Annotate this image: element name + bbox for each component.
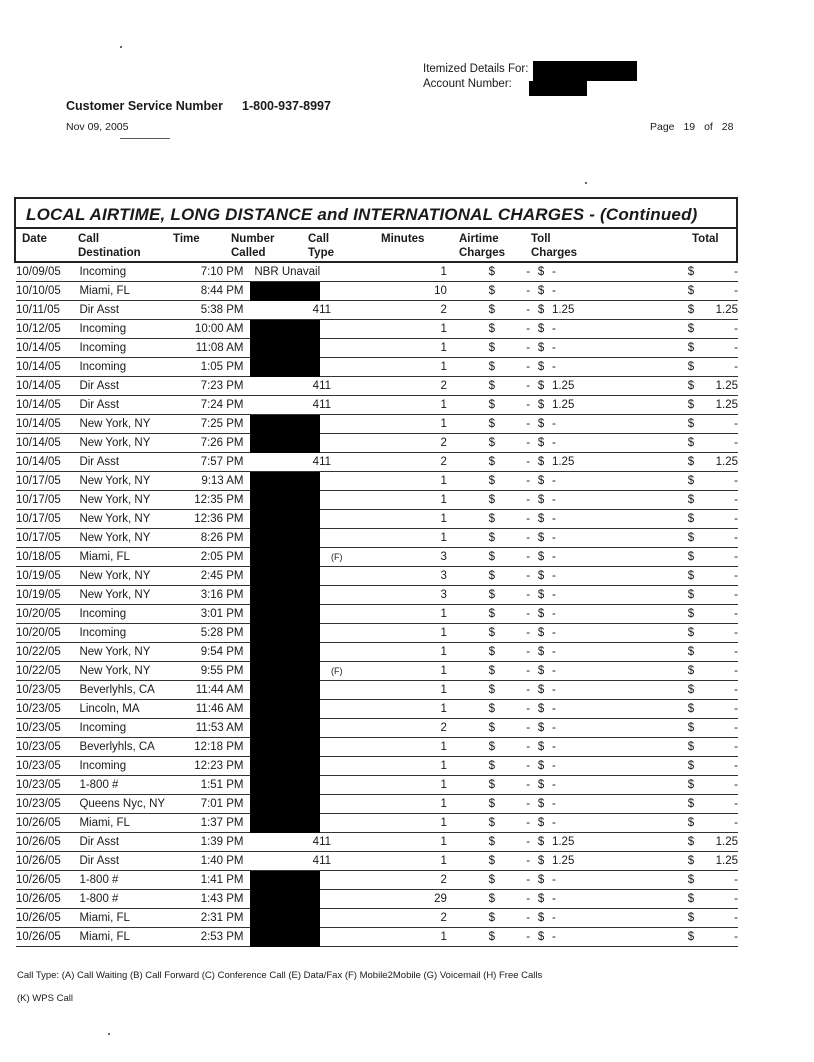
airtime-charges: - [495,396,530,415]
call-type [331,624,386,643]
currency-symbol: $ [530,491,552,510]
minutes: 2 [386,434,447,453]
toll-charges: - [552,890,661,909]
call-time: 7:23 PM [176,377,244,396]
number-called [244,472,332,491]
number-called [244,434,332,453]
table-row: 10/23/05Queens Nyc, NY7:01 PM1$-$-$- [16,795,738,814]
call-destination: Dir Asst [79,833,175,852]
number-called [244,567,332,586]
airtime-charges: - [495,434,530,453]
call-time: 1:39 PM [176,833,244,852]
col-call-destination: CallDestination [78,232,141,260]
minutes: 1 [386,928,447,947]
col-airtime-charges: AirtimeCharges [459,232,505,260]
table-row: 10/26/05Miami, FL2:31 PM2$-$-$- [16,909,738,928]
currency-symbol: $ [661,890,694,909]
toll-charges: - [552,662,661,681]
call-type [331,643,386,662]
total-charges: - [694,700,738,719]
minutes: 10 [386,282,447,301]
number-called [244,928,332,947]
total-charges: - [694,909,738,928]
currency-symbol: $ [661,662,694,681]
currency-symbol: $ [661,814,694,833]
toll-charges: - [552,928,661,947]
currency-symbol: $ [530,358,552,377]
currency-symbol: $ [447,567,495,586]
call-destination: Miami, FL [79,909,175,928]
call-date: 10/20/05 [16,605,79,624]
call-destination: Incoming [79,605,175,624]
call-destination: Dir Asst [79,453,175,472]
currency-symbol: $ [447,871,495,890]
table-row: 10/19/05New York, NY3:16 PM3$-$-$- [16,586,738,605]
call-type [331,491,386,510]
call-type [331,320,386,339]
call-time: 12:18 PM [176,738,244,757]
currency-symbol: $ [661,472,694,491]
call-time: 9:54 PM [176,643,244,662]
table-row: 10/23/05Incoming12:23 PM1$-$-$- [16,757,738,776]
call-time: 2:05 PM [176,548,244,567]
section-title: LOCAL AIRTIME, LONG DISTANCE and INTERNA… [26,205,698,225]
currency-symbol: $ [530,643,552,662]
call-time: 12:23 PM [176,757,244,776]
currency-symbol: $ [530,472,552,491]
currency-symbol: $ [530,681,552,700]
currency-symbol: $ [530,814,552,833]
currency-symbol: $ [447,700,495,719]
minutes: 2 [386,301,447,320]
airtime-charges: - [495,377,530,396]
number-called: 411 [244,852,332,871]
call-date: 10/23/05 [16,757,79,776]
number-called [244,415,332,434]
toll-charges: - [552,738,661,757]
toll-charges: 1.25 [552,833,661,852]
minutes: 3 [386,586,447,605]
toll-charges: - [552,415,661,434]
call-type [331,871,386,890]
call-date: 10/17/05 [16,491,79,510]
airtime-charges: - [495,776,530,795]
call-type [331,415,386,434]
toll-charges: 1.25 [552,852,661,871]
call-date: 10/12/05 [16,320,79,339]
statement-date: Nov 09, 2005 [66,121,128,133]
redacted-number [250,548,320,567]
table-row: 10/14/05Dir Asst7:24 PM4111$-$1.25$1.25 [16,396,738,415]
airtime-charges: - [495,719,530,738]
total-charges: 1.25 [694,833,738,852]
call-type [331,795,386,814]
divider [16,227,736,229]
call-type-legend-continued: (K) WPS Call [17,993,73,1004]
currency-symbol: $ [530,567,552,586]
number-called [244,814,332,833]
table-row: 10/23/051-800 #1:51 PM1$-$-$- [16,776,738,795]
airtime-charges: - [495,795,530,814]
toll-charges: 1.25 [552,396,661,415]
currency-symbol: $ [447,282,495,301]
total-charges: 1.25 [694,301,738,320]
currency-symbol: $ [447,377,495,396]
minutes: 2 [386,909,447,928]
redacted-number [250,358,320,377]
currency-symbol: $ [530,377,552,396]
toll-charges: - [552,586,661,605]
number-called: 411 [244,396,332,415]
col-time: Time [173,232,200,246]
redacted-number [250,909,320,928]
currency-symbol: $ [661,643,694,662]
currency-symbol: $ [661,301,694,320]
call-date: 10/14/05 [16,339,79,358]
toll-charges: - [552,491,661,510]
call-time: 1:05 PM [176,358,244,377]
airtime-charges: - [495,510,530,529]
currency-symbol: $ [661,586,694,605]
col-total: Total [692,232,719,246]
currency-symbol: $ [661,795,694,814]
currency-symbol: $ [447,928,495,947]
minutes: 1 [386,757,447,776]
currency-symbol: $ [661,548,694,567]
currency-symbol: $ [447,415,495,434]
currency-symbol: $ [530,662,552,681]
minutes: 3 [386,567,447,586]
call-type [331,472,386,491]
call-type-legend: Call Type: (A) Call Waiting (B) Call For… [17,970,542,981]
call-type [331,339,386,358]
currency-symbol: $ [661,681,694,700]
customer-service-number: 1-800-937-8997 [242,99,331,113]
airtime-charges: - [495,700,530,719]
redacted-number [250,776,320,795]
redacted-number [250,320,320,339]
call-time: 11:08 AM [176,339,244,358]
currency-symbol: $ [530,529,552,548]
currency-symbol: $ [447,776,495,795]
table-row: 10/14/05Dir Asst7:23 PM4112$-$1.25$1.25 [16,377,738,396]
airtime-charges: - [495,909,530,928]
call-type [331,909,386,928]
call-destination: Dir Asst [79,852,175,871]
call-date: 10/11/05 [16,301,79,320]
currency-symbol: $ [447,643,495,662]
itemized-details: Itemized Details For: Account Number: [423,62,528,92]
number-called [244,909,332,928]
call-type [331,567,386,586]
number-called [244,339,332,358]
call-type [331,719,386,738]
call-time: 11:46 AM [176,700,244,719]
airtime-charges: - [495,928,530,947]
table-row: 10/26/05Dir Asst1:40 PM4111$-$1.25$1.25 [16,852,738,871]
total-charges: 1.25 [694,852,738,871]
scan-artifact [108,1033,110,1035]
currency-symbol: $ [530,434,552,453]
table-row: 10/17/05New York, NY8:26 PM1$-$-$- [16,529,738,548]
minutes: 2 [386,453,447,472]
minutes: 1 [386,662,447,681]
total-charges: - [694,529,738,548]
call-type [331,738,386,757]
call-type [331,833,386,852]
toll-charges: - [552,282,661,301]
currency-symbol: $ [447,890,495,909]
redacted-number [250,529,320,548]
total-charges: - [694,814,738,833]
call-time: 3:16 PM [176,586,244,605]
call-date: 10/26/05 [16,909,79,928]
call-date: 10/09/05 [16,263,79,282]
number-called [244,605,332,624]
airtime-charges: - [495,643,530,662]
table-row: 10/22/05New York, NY9:55 PM(F)1$-$-$- [16,662,738,681]
call-destination: Lincoln, MA [79,700,175,719]
total-charges: - [694,643,738,662]
currency-symbol: $ [530,928,552,947]
total-charges: - [694,928,738,947]
airtime-charges: - [495,833,530,852]
number-called [244,643,332,662]
call-time: 7:01 PM [176,795,244,814]
currency-symbol: $ [530,719,552,738]
currency-symbol: $ [661,434,694,453]
call-destination: New York, NY [79,662,175,681]
account-label: Account Number: [423,77,528,92]
minutes: 1 [386,776,447,795]
call-time: 1:41 PM [176,871,244,890]
currency-symbol: $ [530,700,552,719]
currency-symbol: $ [447,510,495,529]
currency-symbol: $ [447,909,495,928]
minutes: 1 [386,491,447,510]
number-called-text: NBR Unavail [244,266,332,278]
number-called: 411 [244,833,332,852]
airtime-charges: - [495,548,530,567]
toll-charges: - [552,472,661,491]
total-charges: - [694,776,738,795]
number-called [244,548,332,567]
call-destination: Beverlyhls, CA [79,681,175,700]
currency-symbol: $ [447,852,495,871]
airtime-charges: - [495,491,530,510]
redacted-number [250,586,320,605]
currency-symbol: $ [530,909,552,928]
currency-symbol: $ [530,624,552,643]
currency-symbol: $ [530,548,552,567]
airtime-charges: - [495,681,530,700]
call-time: 7:26 PM [176,434,244,453]
minutes: 3 [386,548,447,567]
call-type [331,852,386,871]
airtime-charges: - [495,472,530,491]
call-time: 7:57 PM [176,453,244,472]
minutes: 1 [386,320,447,339]
minutes: 1 [386,795,447,814]
redacted-number [250,567,320,586]
airtime-charges: - [495,757,530,776]
airtime-charges: - [495,871,530,890]
minutes: 2 [386,377,447,396]
currency-symbol: $ [661,776,694,795]
toll-charges: - [552,700,661,719]
number-called: NBR Unavail [244,263,332,282]
toll-charges: - [552,529,661,548]
call-destination: Queens Nyc, NY [79,795,175,814]
minutes: 1 [386,738,447,757]
call-date: 10/10/05 [16,282,79,301]
toll-charges: 1.25 [552,377,661,396]
table-row: 10/23/05Incoming11:53 AM2$-$-$- [16,719,738,738]
currency-symbol: $ [530,263,552,282]
number-called [244,776,332,795]
total-charges: - [694,282,738,301]
currency-symbol: $ [447,681,495,700]
airtime-charges: - [495,320,530,339]
redacted-number [250,890,320,909]
toll-charges: - [552,643,661,662]
toll-charges: - [552,263,661,282]
total-charges: - [694,719,738,738]
table-row: 10/26/051-800 #1:43 PM29$-$-$- [16,890,738,909]
currency-symbol: $ [447,301,495,320]
redacted-name [533,61,637,81]
airtime-charges: - [495,624,530,643]
toll-charges: - [552,510,661,529]
call-destination: Incoming [79,339,175,358]
currency-symbol: $ [447,491,495,510]
call-time: 11:53 AM [176,719,244,738]
redacted-number [250,681,320,700]
redacted-number [250,795,320,814]
currency-symbol: $ [661,377,694,396]
page-label: Page [650,121,675,133]
total-charges: - [694,567,738,586]
toll-charges: - [552,681,661,700]
minutes: 1 [386,263,447,282]
number-called [244,681,332,700]
currency-symbol: $ [661,339,694,358]
call-time: 5:28 PM [176,624,244,643]
currency-symbol: $ [447,358,495,377]
currency-symbol: $ [530,396,552,415]
currency-symbol: $ [530,605,552,624]
currency-symbol: $ [447,738,495,757]
currency-symbol: $ [530,510,552,529]
call-type [331,510,386,529]
airtime-charges: - [495,890,530,909]
number-called [244,358,332,377]
table-row: 10/23/05Lincoln, MA11:46 AM1$-$-$- [16,700,738,719]
total-charges: 1.25 [694,453,738,472]
call-time: 7:10 PM [176,263,244,282]
number-called [244,700,332,719]
minutes: 1 [386,396,447,415]
call-date: 10/14/05 [16,434,79,453]
call-date: 10/18/05 [16,548,79,567]
itemized-label: Itemized Details For: [423,62,528,77]
currency-symbol: $ [530,795,552,814]
currency-symbol: $ [661,909,694,928]
currency-symbol: $ [661,738,694,757]
redacted-number [250,282,320,301]
number-called [244,757,332,776]
table-row: 10/17/05New York, NY12:35 PM1$-$-$- [16,491,738,510]
call-type [331,586,386,605]
minutes: 1 [386,605,447,624]
call-destination: Beverlyhls, CA [79,738,175,757]
table-row: 10/19/05New York, NY2:45 PM3$-$-$- [16,567,738,586]
minutes: 1 [386,472,447,491]
airtime-charges: - [495,282,530,301]
currency-symbol: $ [447,757,495,776]
airtime-charges: - [495,301,530,320]
call-destination: Incoming [79,358,175,377]
table-row: 10/09/05Incoming7:10 PMNBR Unavail1$-$-$… [16,263,738,282]
total-charges: - [694,415,738,434]
call-time: 9:55 PM [176,662,244,681]
call-date: 10/26/05 [16,890,79,909]
redacted-number [250,928,320,947]
call-date: 10/23/05 [16,719,79,738]
call-type [331,358,386,377]
redacted-number [250,624,320,643]
currency-symbol: $ [530,852,552,871]
call-destination: Miami, FL [79,548,175,567]
call-type [331,605,386,624]
redacted-number [250,339,320,358]
total-charges: - [694,434,738,453]
minutes: 1 [386,624,447,643]
airtime-charges: - [495,263,530,282]
call-type [331,700,386,719]
toll-charges: - [552,320,661,339]
toll-charges: - [552,719,661,738]
table-row: 10/14/05Incoming11:08 AM1$-$-$- [16,339,738,358]
toll-charges: - [552,605,661,624]
toll-charges: - [552,776,661,795]
call-time: 12:36 PM [176,510,244,529]
toll-charges: - [552,434,661,453]
call-destination: Dir Asst [79,377,175,396]
call-type [331,529,386,548]
currency-symbol: $ [530,757,552,776]
call-destination: Incoming [79,624,175,643]
call-date: 10/14/05 [16,415,79,434]
total-charges: - [694,472,738,491]
currency-symbol: $ [661,757,694,776]
table-row: 10/11/05Dir Asst5:38 PM4112$-$1.25$1.25 [16,301,738,320]
table-row: 10/22/05New York, NY9:54 PM1$-$-$- [16,643,738,662]
airtime-charges: - [495,605,530,624]
currency-symbol: $ [447,529,495,548]
table-row: 10/14/05Dir Asst7:57 PM4112$-$1.25$1.25 [16,453,738,472]
call-destination: Miami, FL [79,282,175,301]
redacted-number [250,662,320,681]
call-type: (F) [331,662,386,681]
total-charges: - [694,890,738,909]
toll-charges: 1.25 [552,301,661,320]
total-charges: - [694,491,738,510]
call-time: 10:00 AM [176,320,244,339]
number-called [244,890,332,909]
redacted-number [250,472,320,491]
currency-symbol: $ [447,795,495,814]
